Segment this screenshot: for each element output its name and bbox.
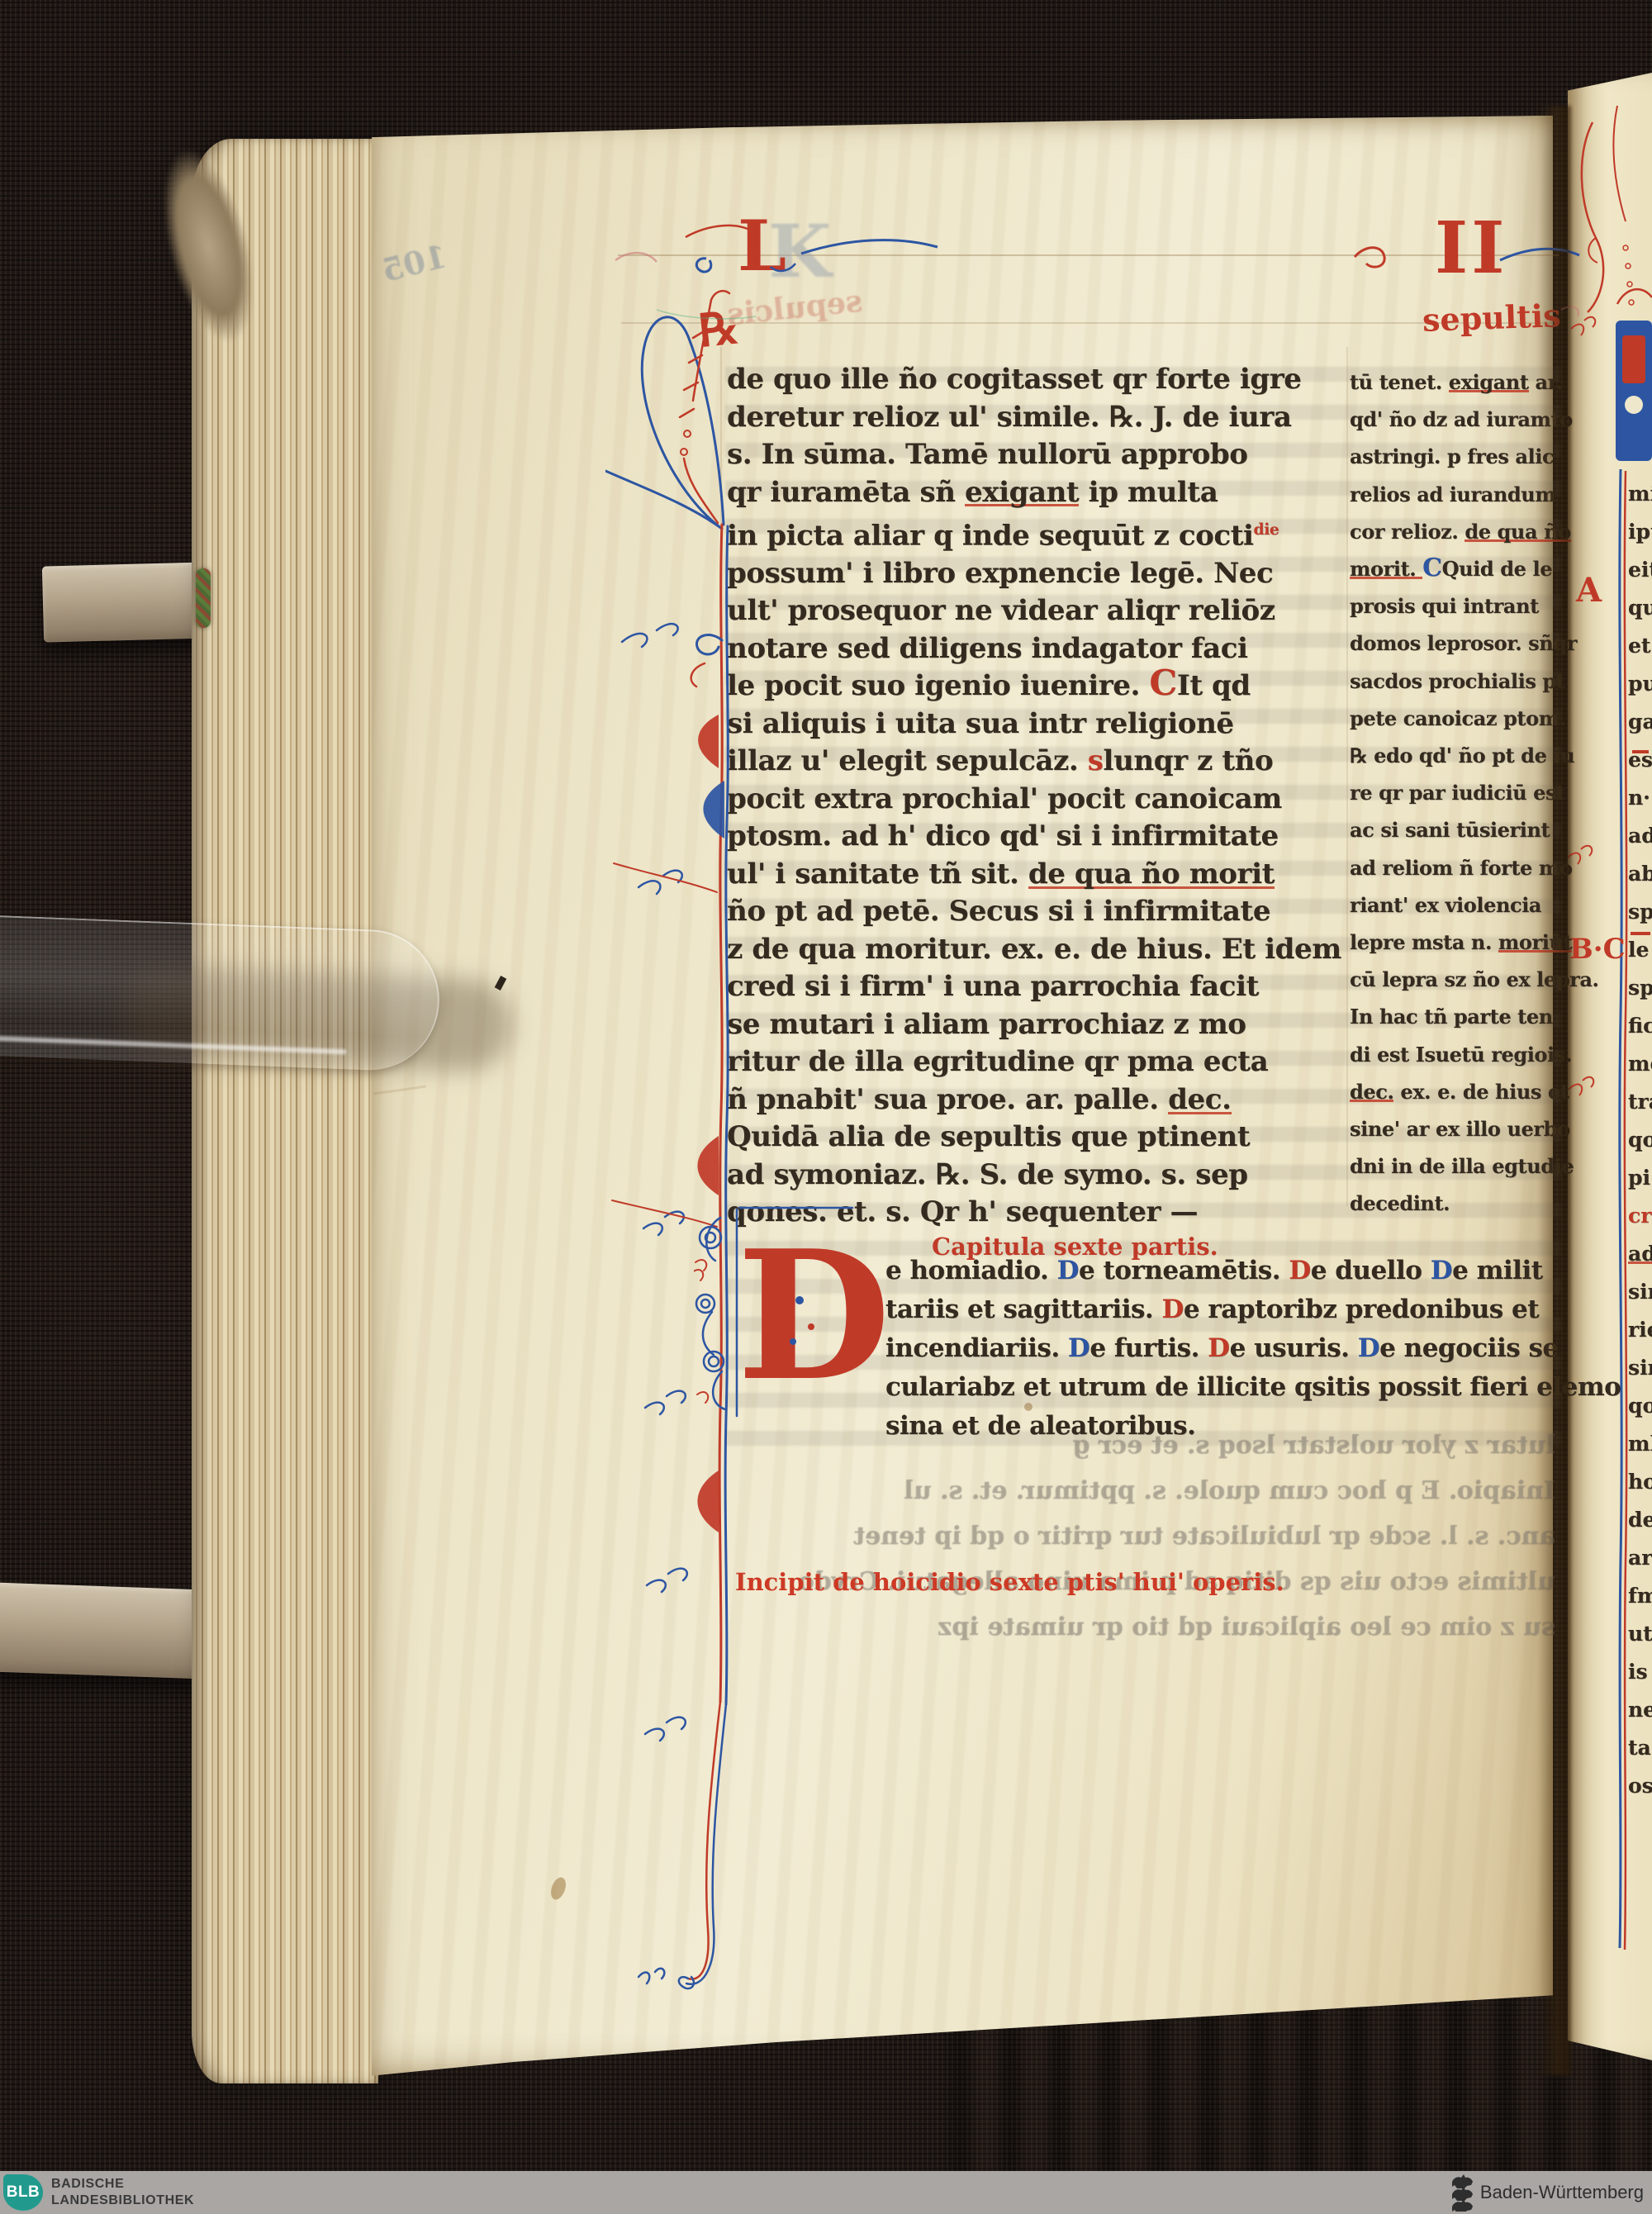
facing-text-fragments: miipteitquietpugaestn·adabsplespificmetr… [1628,475,1652,1805]
text-line: ab [1628,855,1652,893]
text-line: ne [1628,1691,1652,1729]
text-line: sp [1628,893,1652,931]
text-line: est [1628,741,1652,779]
text-line: in picta aliar q inde sequūt z coctidie [727,511,1341,555]
text-line: ñ pnabit' sua proe. ar. palle. dec. [727,1081,1341,1119]
text-line: ipt [1628,513,1652,551]
text-line: z de qua moritur. ex. e. de hius. Et ide… [727,931,1341,969]
blb-logo-badge: BLB [3,2174,43,2211]
book-page-stack-edge [192,139,378,2083]
gutter-shadow [1538,106,1571,2075]
text-line: illaz u' elegit sepulcāz. slunqr z tño [727,743,1341,781]
text-line: qo [1628,1121,1652,1159]
weight-strip-glint [0,1035,347,1054]
text-line: ad symoniaz. ℞. S. de symo. s. sep [727,1157,1341,1195]
text-line: de quo ille ño cogitasset qr forte igre [727,361,1341,399]
margin-flourish [605,285,746,2007]
text-line: rie [1628,1311,1652,1349]
vellum-strap-top [42,562,211,642]
text-line: ad [1628,817,1652,855]
chapter-initial-d: D [694,1203,888,1422]
text-line: mi [1628,475,1652,513]
text-line: eit [1628,551,1652,589]
library-name-line1: BADISCHE [51,2176,194,2193]
text-line: le pocit suo igenio iuenire. CIt qd [727,668,1341,706]
text-line: et [1628,627,1652,665]
text-line: ptosm. ad h' dico qd' si i infirmitate [727,818,1341,856]
text-line: si aliquis i uita sua intr religionē [727,706,1341,744]
text-line: tariis et sagittariis. De raptoribz pred… [885,1290,1621,1329]
text-line: de [1628,1501,1652,1539]
text-line: ga [1628,703,1652,741]
text-line: pu [1628,665,1652,703]
text-line: fic [1628,1007,1652,1045]
text-line: ño pt ad petē. Secus si i infirmitate [727,893,1341,931]
text-line: sin [1628,1273,1652,1311]
state-lions-icon [1449,2174,1474,2212]
text-line: n· [1628,779,1652,817]
incipit-rubric: Incipit de hoicidio sexte ptis' hui' ope… [735,1568,1284,1596]
text-line: le [1628,931,1652,969]
text-line: tra [1628,1083,1652,1121]
text-line: ar [1628,1539,1652,1577]
text-line: os [1628,1767,1652,1805]
text-line: su z oim ce leo aiplicaui qd tio qr uima… [740,1604,1555,1650]
text-line: ult' prosequor ne videar aliqr reliōz [727,592,1341,630]
text-line: e homiadio. De torneamētis. De duello De… [885,1252,1621,1290]
text-line: possum' i libro expnencie legē. Nec [727,555,1341,593]
header-left-flourish [607,211,962,363]
text-column-left: de quo ille ño cogitasset qr forte igred… [727,361,1341,1232]
text-line: qui [1628,589,1652,627]
library-name: BADISCHE LANDESBIBLIOTHEK [51,2176,194,2209]
text-line: qr iuramēta sñ exigant ip multa [727,474,1341,512]
footer-bar: BLB BADISCHE LANDESBIBLIOTHEK Baden-Würt… [0,2171,1652,2214]
text-line: lutar z ylor uolstatr lsoq s. et ecr g [790,1423,1555,1468]
text-line: cr [1628,1197,1652,1235]
text-line: culariabz et utrum de illicite qsitis po… [885,1368,1621,1407]
text-line: se mutari i aliam parrochiaz z mo [727,1006,1341,1044]
text-line: qo [1628,1387,1652,1425]
text-line: incendiariis. De furtis. De usuris. De n… [885,1329,1621,1368]
text-line: anc. s. l. scde qr lubiulicate tur qriti… [750,1513,1555,1559]
vellum-strap-bottom [0,1582,210,1679]
text-line: notare sed diligens indagator faci [727,630,1341,668]
sewing-thread [196,568,211,628]
text-line: is [1628,1653,1652,1691]
text-line: sin [1628,1349,1652,1387]
chapter-list: e homiadio. De torneamētis. De duello De… [885,1252,1621,1446]
digitized-manuscript-photo: A B·C miipteitquietpugaestn·adabsplespif… [0,0,1652,2214]
svg-text:D: D [737,1211,888,1420]
text-line: ml [1628,1425,1652,1463]
text-line: ta [1628,1729,1652,1767]
text-line: ul' i sanitate tñ sit. de qua ño morit [727,856,1341,894]
text-line: ut [1628,1615,1652,1653]
library-name-line2: LANDESBIBLIOTHEK [51,2193,194,2209]
state-logo: Baden-Württemberg [1449,2173,1644,2212]
text-line: me [1628,1045,1652,1083]
ghost-showthrough-lines: lutar z ylor uolstatr lsoq s. et ecr gIn… [740,1423,1555,1650]
text-line: pi [1628,1159,1652,1197]
text-line: pocit extra prochial' pocit canoicam [727,781,1341,819]
text-line: spi [1628,969,1652,1007]
text-line: Quidā alia de sepultis que ptinent [727,1119,1341,1157]
text-line: ho [1628,1463,1652,1501]
text-line: ritur de illa egritudine qr pma ecta [727,1043,1341,1081]
text-line: Iniapio. E p hoc cum quole. s. pptimur. … [740,1468,1555,1513]
text-line: deretur relioz ul' simile. ℞. J. de iura [727,399,1341,437]
text-line: s. In sūma. Tamē nullorū approbo [727,436,1341,474]
state-name: Baden-Württemberg [1480,2182,1644,2203]
page-weight-strip [0,915,442,1073]
parchment-stain [1024,1403,1032,1411]
text-line: cred si i firm' i una parrochia facit [727,968,1341,1006]
text-line: fm [1628,1577,1652,1615]
text-line: adi [1628,1235,1652,1273]
